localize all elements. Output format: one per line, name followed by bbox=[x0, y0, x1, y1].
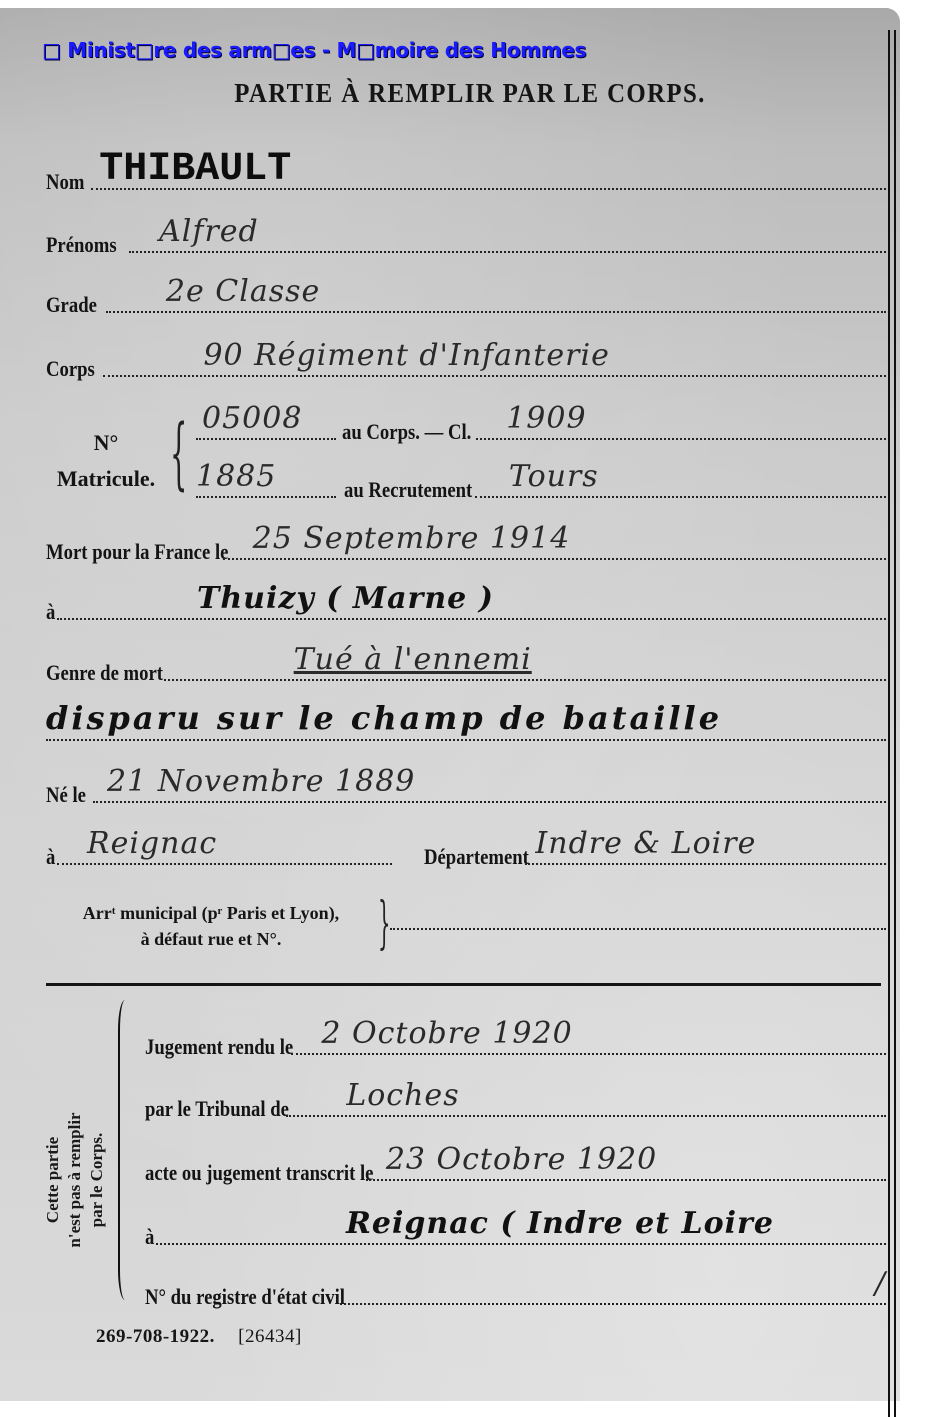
brace: { bbox=[170, 415, 187, 493]
side-note: Cette partie n'est pas à remplir par le … bbox=[42, 1080, 108, 1280]
note-line: par le Corps. bbox=[86, 1080, 108, 1280]
field-tribunal: par le Tribunal de Loches bbox=[145, 1082, 886, 1122]
field-value: Loches bbox=[346, 1078, 459, 1113]
reference-code: [26434] bbox=[238, 1326, 302, 1347]
border-line bbox=[894, 30, 896, 1417]
label-line: à défaut rue et N°. bbox=[46, 926, 376, 952]
fill-line: 1885 bbox=[196, 494, 336, 498]
field-value: 23 Octobre 1920 bbox=[386, 1142, 657, 1177]
section-divider bbox=[46, 983, 881, 986]
fill-line: THIBAULT bbox=[91, 186, 886, 190]
fill-line: 2 Octobre 1920 bbox=[291, 1051, 886, 1055]
field-value: Tours bbox=[509, 459, 599, 494]
fill-line: disparu sur le champ de bataille bbox=[46, 737, 886, 741]
field-genre-de-mort: Genre de mort Tué à l'ennemi bbox=[46, 646, 886, 686]
border-line bbox=[888, 30, 890, 1417]
field-label: Jugement rendu le bbox=[145, 1034, 319, 1060]
field-value: THIBAULT bbox=[99, 147, 291, 192]
fill-line: Reignac bbox=[57, 861, 392, 865]
fill-line: 1909 bbox=[476, 436, 886, 440]
field-value: Indre & Loire bbox=[535, 826, 756, 861]
watermark: □ Minist□re des arm□es - M□moire des Hom… bbox=[42, 38, 586, 62]
field-jugement: Jugement rendu le 2 Octobre 1920 bbox=[145, 1020, 886, 1060]
field-registre: N° du registre d'état civil / bbox=[145, 1270, 886, 1310]
fill-line: 90 Régiment d'Infanterie bbox=[103, 373, 886, 377]
form-title: PARTIE À REMPLIR PAR LE CORPS. bbox=[38, 78, 903, 109]
field-label: au Recrutement bbox=[344, 477, 495, 503]
field-label: N° du registre d'état civil bbox=[145, 1284, 380, 1310]
field-label: Mort pour la France le bbox=[46, 539, 261, 565]
field-label: acte ou jugement transcrit le bbox=[145, 1160, 414, 1186]
field-value: 90 Régiment d'Infanterie bbox=[203, 338, 609, 373]
arrondissement-label: Arrᵗ municipal (pʳ Paris et Lyon), à déf… bbox=[46, 900, 376, 952]
fill-line: Alfred bbox=[129, 249, 886, 253]
label-line: N° bbox=[46, 425, 166, 461]
fill-line: 05008 bbox=[196, 436, 336, 440]
note-line: n'est pas à remplir bbox=[64, 1080, 86, 1280]
field-lieu-naissance: à Reignac Département Indre & Loire bbox=[46, 830, 886, 870]
field-matricule-corps: 05008 au Corps. — Cl. 1909 bbox=[196, 405, 886, 445]
field-value: Reignac bbox=[87, 826, 217, 861]
field-corps: Corps 90 Régiment d'Infanterie bbox=[46, 342, 886, 382]
field-grade: Grade 2e Classe bbox=[46, 278, 886, 318]
field-value: Alfred bbox=[159, 214, 259, 249]
field-label: Corps bbox=[46, 356, 103, 382]
field-label: par le Tribunal de bbox=[145, 1096, 314, 1122]
fill-line: / bbox=[340, 1301, 886, 1305]
note-line: Cette partie bbox=[42, 1080, 64, 1280]
field-value: / bbox=[875, 1266, 886, 1301]
field-value: disparu sur le champ de bataille bbox=[46, 699, 722, 737]
brace bbox=[118, 1000, 132, 1300]
field-value: Thuizy ( Marne ) bbox=[197, 581, 494, 616]
fill-line: 2e Classe bbox=[106, 309, 886, 313]
field-ne-le: Né le 21 Novembre 1889 bbox=[46, 768, 886, 808]
fill-line: 25 Septembre 1914 bbox=[223, 556, 886, 560]
label-line: Matricule. bbox=[46, 461, 166, 497]
fill-line: Tué à l'ennemi bbox=[164, 677, 886, 681]
field-value: Tué à l'ennemi bbox=[294, 642, 532, 677]
field-value: Reignac ( Indre et Loire bbox=[346, 1206, 774, 1241]
field-genre-de-mort-line2: disparu sur le champ de bataille bbox=[46, 706, 886, 746]
fill-line: Indre & Loire bbox=[525, 861, 886, 865]
field-label: Né le bbox=[46, 782, 93, 808]
footer-reference: 269-708-1922. [26434] bbox=[96, 1326, 302, 1348]
fill-line bbox=[390, 926, 886, 930]
field-mort-pour-la-france: Mort pour la France le 25 Septembre 1914 bbox=[46, 525, 886, 565]
fill-line: Reignac ( Indre et Loire bbox=[156, 1241, 886, 1245]
field-label: à bbox=[46, 599, 57, 625]
field-label: à bbox=[46, 844, 57, 870]
field-lieu-mort: à Thuizy ( Marne ) bbox=[46, 585, 886, 625]
fill-line: Thuizy ( Marne ) bbox=[57, 616, 886, 620]
field-value: 25 Septembre 1914 bbox=[253, 521, 571, 556]
field-value: 05008 bbox=[202, 401, 302, 436]
label-line: Arrᵗ municipal (pʳ Paris et Lyon), bbox=[46, 900, 376, 926]
fill-line: Tours bbox=[475, 494, 886, 498]
brace: } bbox=[378, 896, 390, 952]
field-value: 2 Octobre 1920 bbox=[321, 1016, 572, 1051]
fill-line: 21 Novembre 1889 bbox=[93, 799, 886, 803]
field-label: à bbox=[145, 1224, 156, 1250]
field-value: 2e Classe bbox=[166, 274, 320, 309]
field-arrondissement bbox=[390, 895, 886, 935]
field-transcrit: acte ou jugement transcrit le 23 Octobre… bbox=[145, 1146, 886, 1186]
field-lieu-transcription: à Reignac ( Indre et Loire bbox=[145, 1210, 886, 1250]
field-value: 1909 bbox=[506, 401, 586, 436]
field-matricule-recrutement: 1885 au Recrutement Tours bbox=[196, 463, 886, 503]
field-label: Nom bbox=[46, 169, 91, 195]
field-label: Prénoms bbox=[46, 232, 129, 258]
field-nom: Nom THIBAULT bbox=[46, 155, 886, 195]
field-value: 1885 bbox=[196, 459, 276, 494]
fill-line: 23 Octobre 1920 bbox=[366, 1177, 886, 1181]
field-label: au Corps. — Cl. bbox=[342, 419, 494, 445]
field-prenoms: Prénoms Alfred bbox=[46, 218, 886, 258]
fill-line: Loches bbox=[286, 1113, 886, 1117]
field-value: 21 Novembre 1889 bbox=[107, 764, 415, 799]
field-label: Département bbox=[424, 844, 547, 870]
reference-number: 269-708-1922. bbox=[96, 1326, 215, 1347]
matricule-label: N° Matricule. bbox=[46, 425, 166, 497]
field-label: Grade bbox=[46, 292, 106, 318]
field-label: Genre de mort bbox=[46, 660, 184, 686]
